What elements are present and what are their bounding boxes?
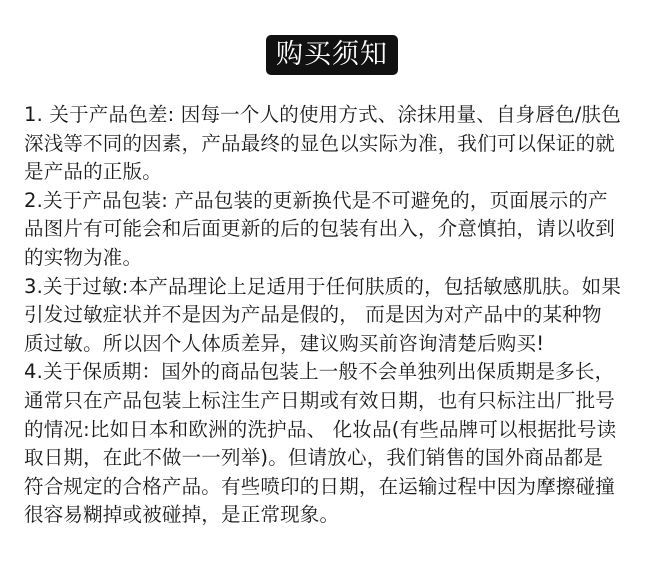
text-line: 4.关于保质期：国外的商品包装上一般不会单独列出保质期是多长， — [24, 358, 644, 387]
text-line: 的实物为准。 — [24, 244, 644, 273]
text-line: 符合规定的合格产品。有些喷印的日期，在运输过程中因为摩擦碰撞 — [24, 473, 644, 502]
text-line: 引发过敏症状并不是因为产品是假的， 而是因为对产品中的某种物 — [24, 301, 644, 330]
text-line: 质过敏。所以因个人体质差异，建议购买前咨询清楚后购买! — [24, 330, 644, 359]
text-line: 深浅等不同的因素，产品最终的显色以实际为准，我们可以保证的就 — [24, 130, 644, 159]
section-shelf-life: 4.关于保质期：国外的商品包装上一般不会单独列出保质期是多长， 通常只在产品包装… — [24, 358, 644, 530]
text-line: 2.关于产品包装: 产品包装的更新换代是不可避免的，页面展示的产 — [24, 187, 644, 216]
text-line: 通常只在产品包装上标注生产日期或有效日期，也有只标注出厂批号 — [24, 387, 644, 416]
section-allergy: 3.关于过敏:本产品理论上足适用于任何肤质的，包括敏感肌肤。如果 引发过敏症状并… — [24, 273, 644, 359]
text-line: 很容易糊掉或被碰掉，是正常现象。 — [24, 501, 644, 530]
notice-content: 1. 关于产品色差: 因每一个人的使用方式、涂抹用量、自身唇色/肤色 深浅等不同… — [24, 101, 644, 530]
text-line: 1. 关于产品色差: 因每一个人的使用方式、涂抹用量、自身唇色/肤色 — [24, 101, 644, 130]
page-title: 购买须知 — [266, 35, 398, 75]
text-line: 的情况:比如日本和欧洲的洗护品、 化妆品(有些品牌可以根据批号读 — [24, 416, 644, 445]
section-packaging: 2.关于产品包装: 产品包装的更新换代是不可避免的，页面展示的产 品图片有可能会… — [24, 187, 644, 273]
text-line: 品图片有可能会和后面更新的后的包装有出入，介意慎拍，请以收到 — [24, 215, 644, 244]
text-line: 是产品的正版。 — [24, 158, 644, 187]
section-color-difference: 1. 关于产品色差: 因每一个人的使用方式、涂抹用量、自身唇色/肤色 深浅等不同… — [24, 101, 644, 187]
text-line: 3.关于过敏:本产品理论上足适用于任何肤质的，包括敏感肌肤。如果 — [24, 273, 644, 302]
text-line: 取日期，在此不做一一列举)。但请放心，我们销售的国外商品都是 — [24, 444, 644, 473]
